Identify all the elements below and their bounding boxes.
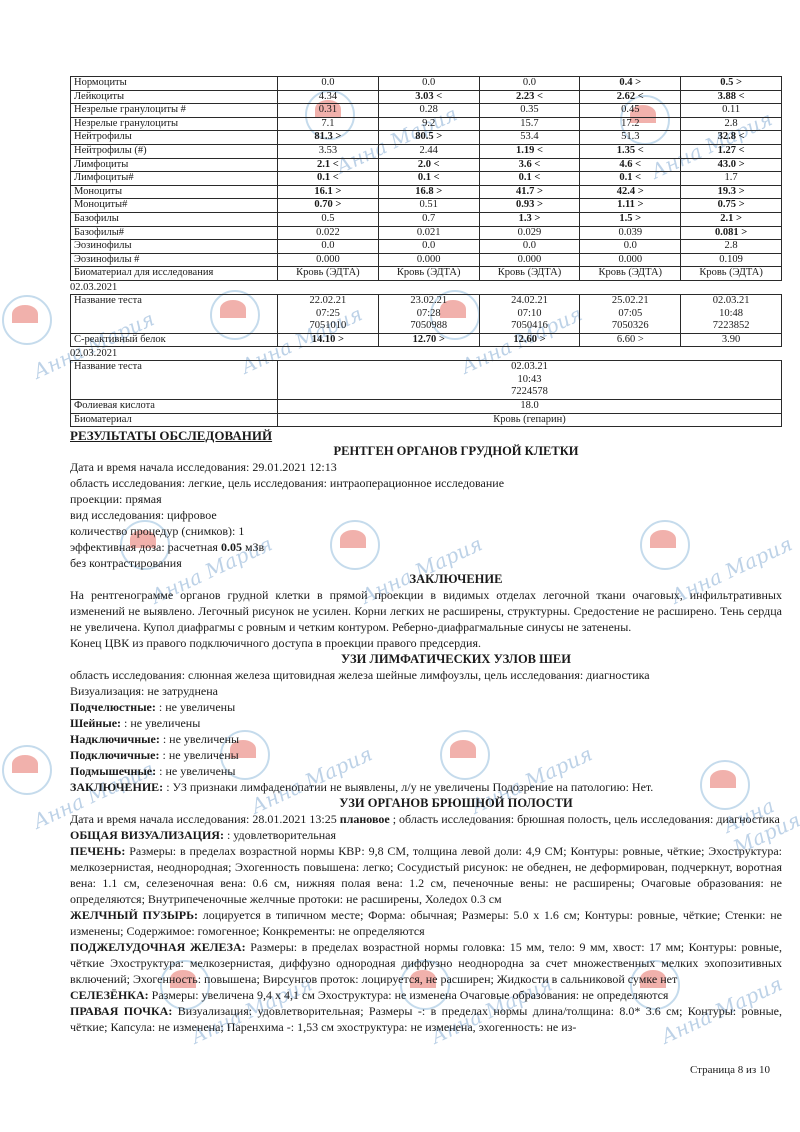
table-row: Фолиевая кислота 18.0 (71, 400, 782, 414)
crp-date: 02.03.2021 (70, 281, 782, 294)
test-value: 43.0 > (681, 158, 782, 172)
xray-line: область исследования: легкие, цель иссле… (70, 475, 782, 491)
test-value: 0.109 (681, 253, 782, 267)
test-value: 80.5 > (378, 131, 479, 145)
test-name: Лимфоциты# (71, 172, 278, 186)
test-value: 0.022 (278, 226, 379, 240)
test-value: 3.6 < (479, 158, 580, 172)
test-value: 2.44 (378, 144, 479, 158)
test-value: 0.11 (681, 104, 782, 118)
crp-value: 12.70 > (378, 333, 479, 347)
table-row: Биоматериал для исследованияКровь (ЭДТА)… (71, 267, 782, 281)
test-value: 1.19 < (479, 144, 580, 158)
xray-cvc-note: Конец ЦВК из правого подключичного досту… (70, 635, 782, 651)
neck-us-conclusion: ЗАКЛЮЧЕНИЕ: : УЗ признаки лимфаденопатии… (70, 779, 782, 795)
test-value: 0.000 (479, 253, 580, 267)
test-value: 3.53 (278, 144, 379, 158)
test-value: 42.4 > (580, 185, 681, 199)
test-name: Нормоциты (71, 77, 278, 91)
test-value: 0.021 (378, 226, 479, 240)
test-value: 0.28 (378, 104, 479, 118)
neck-us-visualization: Визуализация: не затруднена (70, 683, 782, 699)
table-row: Базофилы#0.0220.0210.0290.0390.081 > (71, 226, 782, 240)
crp-table: Название теста 22.02.2107:257051010 23.0… (70, 294, 782, 347)
test-name: Моноциты (71, 185, 278, 199)
biomaterial-value: Кровь (гепарин) (278, 413, 782, 427)
neck-us-item: Подмышечные: : не увеличены (70, 763, 782, 779)
test-value: 0.5 > (681, 77, 782, 91)
table-row: Базофилы0.50.71.3 >1.5 >2.1 > (71, 212, 782, 226)
test-value: 2.8 (681, 240, 782, 254)
test-value: 1.11 > (580, 199, 681, 213)
abdomen-section: СЕЛЕЗЁНКА: Размеры: увеличена 9,4 x 4,1 … (70, 987, 782, 1003)
test-value: 15.7 (479, 117, 580, 131)
test-value: 2.8 (681, 117, 782, 131)
page-number: Страница 8 из 10 (690, 1064, 770, 1076)
test-value: 1.5 > (580, 212, 681, 226)
xray-contrast: без контрастирования (70, 555, 782, 571)
abdomen-section: ЖЕЛЧНЫЙ ПУЗЫРЬ: лоцируется в типичном ме… (70, 907, 782, 939)
xray-lines: Дата и время начала исследования: 29.01.… (70, 459, 782, 571)
test-value: 0.0 (479, 240, 580, 254)
test-value: 0.1 < (479, 172, 580, 186)
test-value: 0.4 > (580, 77, 681, 91)
test-value: 0.000 (580, 253, 681, 267)
xray-line: вид исследования: цифровое (70, 507, 782, 523)
test-value: 2.0 < (378, 158, 479, 172)
test-value: 4.6 < (580, 158, 681, 172)
xray-title: РЕНТГЕН ОРГАНОВ ГРУДНОЙ КЛЕТКИ (130, 443, 782, 459)
test-value: 0.0 (378, 240, 479, 254)
test-value: 16.8 > (378, 185, 479, 199)
neck-us-item: Подключичные: : не увеличены (70, 747, 782, 763)
test-value: Кровь (ЭДТА) (278, 267, 379, 281)
test-name: Базофилы# (71, 226, 278, 240)
test-value: 0.000 (278, 253, 379, 267)
test-value: 0.93 > (479, 199, 580, 213)
test-value: 1.27 < (681, 144, 782, 158)
neck-us-title: УЗИ ЛИМФАТИЧЕСКИХ УЗЛОВ ШЕИ (130, 651, 782, 667)
crp-col-header: 02.03.2110:487223852 (681, 294, 782, 333)
table-row: Моноциты16.1 >16.8 >41.7 >42.4 >19.3 > (71, 185, 782, 199)
folate-name: Фолиевая кислота (71, 400, 278, 414)
test-value: 1.35 < (580, 144, 681, 158)
table-row: Моноциты#0.70 >0.510.93 >1.11 >0.75 > (71, 199, 782, 213)
test-value: 9.2 (378, 117, 479, 131)
test-name-header: Название теста (71, 361, 278, 400)
test-value: 1.3 > (479, 212, 580, 226)
test-value: 17.2 (580, 117, 681, 131)
xray-line: Дата и время начала исследования: 29.01.… (70, 459, 782, 475)
test-value: 0.7 (378, 212, 479, 226)
crp-name: С-реактивный белок (71, 333, 278, 347)
test-name: Эозинофилы # (71, 253, 278, 267)
biomaterial-name: Биоматериал (71, 413, 278, 427)
test-value: Кровь (ЭДТА) (378, 267, 479, 281)
test-value: 0.1 < (378, 172, 479, 186)
crp-col-header: 22.02.2107:257051010 (278, 294, 379, 333)
table-row: Эозинофилы #0.0000.0000.0000.0000.109 (71, 253, 782, 267)
table-row: Нормоциты0.00.00.00.4 >0.5 > (71, 77, 782, 91)
crp-col-header: 24.02.2107:107050416 (479, 294, 580, 333)
table-row: Нейтрофилы81.3 >80.5 >53.451.332.8 < (71, 131, 782, 145)
test-name: Лейкоциты (71, 90, 278, 104)
xray-line: проекции: прямая (70, 491, 782, 507)
folate-value: 18.0 (278, 400, 782, 414)
test-value: 0.029 (479, 226, 580, 240)
neck-us-item: Шейные: : не увеличены (70, 715, 782, 731)
test-value: 3.88 < (681, 90, 782, 104)
test-value: 0.1 < (580, 172, 681, 186)
test-value: 0.000 (378, 253, 479, 267)
table-row: Лейкоциты4.343.03 <2.23 <2.62 <3.88 < (71, 90, 782, 104)
test-value: 0.75 > (681, 199, 782, 213)
neck-us-item: Надключичные: : не увеличены (70, 731, 782, 747)
abdomen-section: ПОДЖЕЛУДОЧНАЯ ЖЕЛЕЗА: Размеры: в предела… (70, 939, 782, 987)
test-value: 16.1 > (278, 185, 379, 199)
test-name: Биоматериал для исследования (71, 267, 278, 281)
abdomen-section: ОБЩАЯ ВИЗУАЛИЗАЦИЯ: : удовлетворительная (70, 827, 782, 843)
table-row: Эозинофилы0.00.00.00.02.8 (71, 240, 782, 254)
table-row: Название теста 02.03.2110:437224578 (71, 361, 782, 400)
section-title: РЕЗУЛЬТАТЫ ОБСЛЕДОВАНИЙ (70, 428, 782, 443)
clinic-logo-icon (2, 745, 52, 795)
test-value: 53.4 (479, 131, 580, 145)
test-value: Кровь (ЭДТА) (479, 267, 580, 281)
folate-col-header: 02.03.2110:437224578 (278, 361, 782, 400)
test-value: 2.1 < (278, 158, 379, 172)
table-row: Лимфоциты#0.1 <0.1 <0.1 <0.1 <1.7 (71, 172, 782, 186)
test-value: 4.34 (278, 90, 379, 104)
test-name: Базофилы (71, 212, 278, 226)
crp-value: 14.10 > (278, 333, 379, 347)
test-name: Лимфоциты (71, 158, 278, 172)
crp-value: 12.60 > (479, 333, 580, 347)
test-value: 0.31 (278, 104, 379, 118)
test-name: Нейтрофилы (71, 131, 278, 145)
table-row: С-реактивный белок 14.10 >12.70 >12.60 >… (71, 333, 782, 347)
abdomen-section: ПЕЧЕНЬ: Размеры: в пределах возрастной н… (70, 843, 782, 907)
abdomen-us-title: УЗИ ОРГАНОВ БРЮШНОЙ ПОЛОСТИ (130, 795, 782, 811)
table-row: Лимфоциты2.1 <2.0 <3.6 <4.6 <43.0 > (71, 158, 782, 172)
test-value: Кровь (ЭДТА) (580, 267, 681, 281)
table-row: Незрелые гранулоциты7.19.215.717.22.8 (71, 117, 782, 131)
test-value: 51.3 (580, 131, 681, 145)
table-row: Незрелые гранулоциты #0.310.280.350.450.… (71, 104, 782, 118)
test-name: Моноциты# (71, 199, 278, 213)
test-value: 2.1 > (681, 212, 782, 226)
abdomen-section: ПРАВАЯ ПОЧКА: Визуализация: удовлетворит… (70, 1003, 782, 1035)
test-value: 0.081 > (681, 226, 782, 240)
test-value: 0.0 (479, 77, 580, 91)
folate-table: Название теста 02.03.2110:437224578 Фоли… (70, 360, 782, 427)
test-value: 0.45 (580, 104, 681, 118)
xray-dose: эффективная доза: расчетная 0.05 мЗв (70, 539, 782, 555)
test-value: 0.039 (580, 226, 681, 240)
table-row: Биоматериал Кровь (гепарин) (71, 413, 782, 427)
test-value: 2.23 < (479, 90, 580, 104)
test-value: 7.1 (278, 117, 379, 131)
test-value: 0.51 (378, 199, 479, 213)
test-name-header: Название теста (71, 294, 278, 333)
document-page: Нормоциты0.00.00.00.4 >0.5 >Лейкоциты4.3… (70, 76, 782, 1035)
neck-us-item: Подчелюстные: : не увеличены (70, 699, 782, 715)
crp-value: 6.60 > (580, 333, 681, 347)
test-name: Эозинофилы (71, 240, 278, 254)
test-value: 0.1 < (278, 172, 379, 186)
crp-col-header: 23.02.2107:287050988 (378, 294, 479, 333)
table-row: Название теста 22.02.2107:257051010 23.0… (71, 294, 782, 333)
abdomen-us-intro: Дата и время начала исследования: 28.01.… (70, 811, 782, 827)
neck-us-area: область исследования: слюнная железа щит… (70, 667, 782, 683)
test-value: 0.5 (278, 212, 379, 226)
test-value: 0.35 (479, 104, 580, 118)
xray-conclusion-title: ЗАКЛЮЧЕНИЕ (130, 571, 782, 587)
cbc-results-table: Нормоциты0.00.00.00.4 >0.5 >Лейкоциты4.3… (70, 76, 782, 281)
table-row: Нейтрофилы (#)3.532.441.19 <1.35 <1.27 < (71, 144, 782, 158)
test-value: 0.0 (580, 240, 681, 254)
test-value: 0.70 > (278, 199, 379, 213)
test-value: 3.03 < (378, 90, 479, 104)
xray-line: количество процедур (снимков): 1 (70, 523, 782, 539)
test-value: 1.7 (681, 172, 782, 186)
test-value: 19.3 > (681, 185, 782, 199)
folate-date: 02.03.2021 (70, 347, 782, 360)
xray-conclusion-text: На рентгенограмме органов грудной клетки… (70, 587, 782, 635)
test-value: 0.0 (378, 77, 479, 91)
test-name: Незрелые гранулоциты (71, 117, 278, 131)
test-value: Кровь (ЭДТА) (681, 267, 782, 281)
test-value: 0.0 (278, 240, 379, 254)
clinic-logo-icon (2, 295, 52, 345)
test-name: Нейтрофилы (#) (71, 144, 278, 158)
test-value: 81.3 > (278, 131, 379, 145)
test-value: 2.62 < (580, 90, 681, 104)
test-name: Незрелые гранулоциты # (71, 104, 278, 118)
test-value: 0.0 (278, 77, 379, 91)
test-value: 41.7 > (479, 185, 580, 199)
test-value: 32.8 < (681, 131, 782, 145)
crp-col-header: 25.02.2107:057050326 (580, 294, 681, 333)
crp-value: 3.90 (681, 333, 782, 347)
